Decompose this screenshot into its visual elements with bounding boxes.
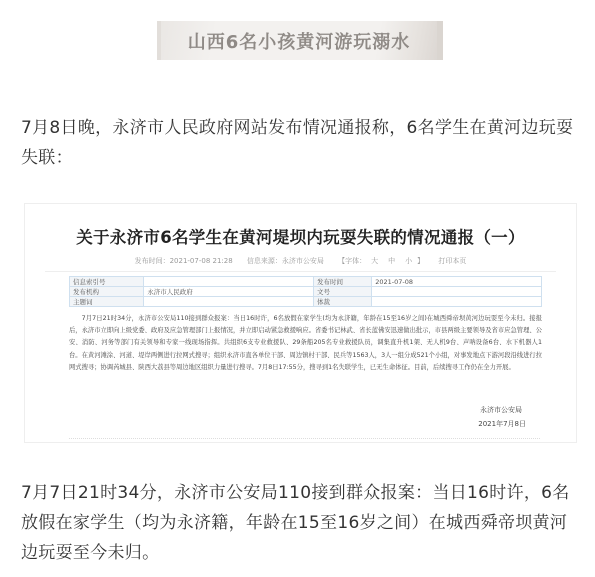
signature-org: 永济市公安局 xyxy=(478,403,522,417)
notice-body: 7月7日21时34分，永济市公安局110接到群众报案：当日16时许，6名放假在家… xyxy=(69,313,542,374)
table-value: 永济市人民政府 xyxy=(144,287,314,297)
table-label: 主题词 xyxy=(70,297,144,307)
notice-signature: 永济市公安局 2021年7月8日 xyxy=(478,403,526,431)
notice-title: 关于永济市6名学生在黄河堤坝内玩耍失联的情况通报（一） xyxy=(25,224,576,248)
notice-screenshot: 关于永济市6名学生在黄河堤坝内玩耍失联的情况通报（一） 发布时间：2021-07… xyxy=(24,203,577,443)
table-label: 体裁 xyxy=(313,297,371,307)
intro-paragraph: 7月8日晚，永济市人民政府网站发布情况通报称，6名学生在黄河边玩耍失联： xyxy=(21,113,581,173)
banner-title: 山西6名小孩黄河游玩溺水 xyxy=(188,28,411,54)
table-value: 2021-07-08 xyxy=(372,277,542,287)
table-value xyxy=(144,277,314,287)
table-value xyxy=(372,297,542,307)
font-size-small-link[interactable]: 小 xyxy=(405,257,412,265)
article-banner: 山西6名小孩黄河游玩溺水 xyxy=(157,21,443,60)
notice-divider xyxy=(45,271,556,272)
font-size-label: 【字体： xyxy=(338,257,366,265)
table-label: 文号 xyxy=(313,287,371,297)
font-size-controls: 【字体：大中小】 xyxy=(338,257,426,265)
notice-bottom-divider xyxy=(69,438,540,439)
report-paragraph: 7月7日21时34分，永济市公安局110接到群众报案：当日16时许，6名放假在家… xyxy=(21,478,581,568)
table-row: 主题词 体裁 xyxy=(70,297,542,307)
publish-time: 发布时间：2021-07-08 21:28 xyxy=(135,257,233,265)
notice-meta: 发布时间：2021-07-08 21:28 信息来源：永济市公安局 【字体：大中… xyxy=(25,256,576,266)
print-page-link[interactable]: 打印本页 xyxy=(438,257,466,265)
table-value xyxy=(144,297,314,307)
table-label: 信息索引号 xyxy=(70,277,144,287)
font-size-close-bracket: 】 xyxy=(417,257,424,265)
info-table: 信息索引号 发布时间 2021-07-08 发布机构 永济市人民政府 文号 主题… xyxy=(69,276,542,307)
table-row: 信息索引号 发布时间 2021-07-08 xyxy=(70,277,542,287)
table-value xyxy=(372,287,542,297)
table-label: 发布时间 xyxy=(313,277,371,287)
table-label: 发布机构 xyxy=(70,287,144,297)
font-size-medium-link[interactable]: 中 xyxy=(388,257,395,265)
info-source: 信息来源：永济市公安局 xyxy=(247,257,324,265)
signature-date: 2021年7月8日 xyxy=(478,417,526,431)
table-row: 发布机构 永济市人民政府 文号 xyxy=(70,287,542,297)
font-size-large-link[interactable]: 大 xyxy=(371,257,378,265)
